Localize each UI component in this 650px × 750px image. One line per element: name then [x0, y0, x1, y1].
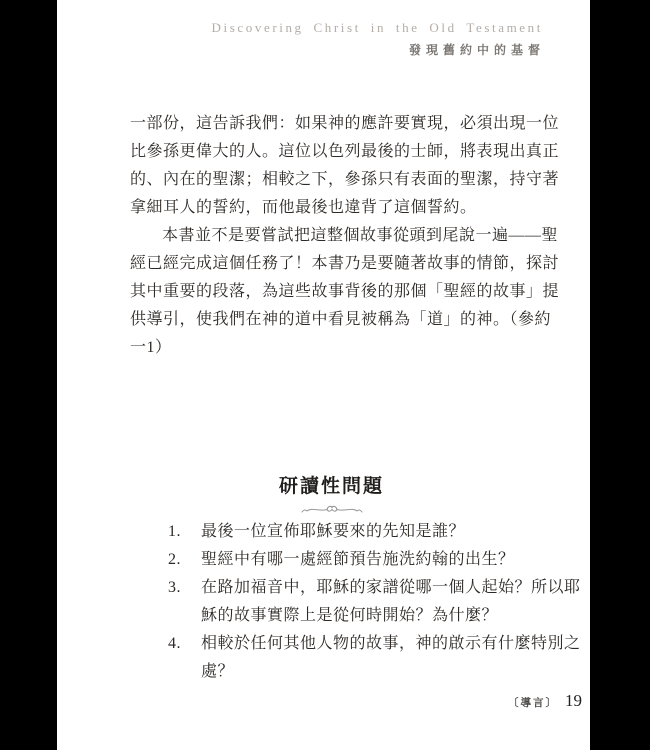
question-number — [168, 658, 201, 686]
book-page: Discovering Christ in the Old Testament … — [57, 0, 590, 750]
body-line: 經已經完成這個任務了！本書乃是要隨著故事的情節，探討 — [130, 250, 582, 278]
body-line: 供導引，使我們在神的道中看見被稱為「道」的神。（參約 — [130, 306, 582, 334]
running-head-english: Discovering Christ in the Old Testament — [57, 20, 543, 36]
question-text: 最後一位宣佈耶穌要來的先知是誰？ — [201, 518, 465, 546]
body-line: 其中重要的段落，為這些故事背後的那個「聖經的故事」提 — [130, 278, 582, 306]
page-footer: 〔導言〕 19 — [508, 691, 582, 711]
question-number: 3. — [168, 574, 201, 602]
body-text-block: 一部份，這告訴我們：如果神的應許要實現，必須出現一位 比參孫更偉大的人。這位以色… — [130, 110, 582, 362]
question-number: 4. — [168, 630, 201, 658]
body-line: 一部份，這告訴我們：如果神的應許要實現，必須出現一位 — [130, 110, 582, 138]
photo-background: Discovering Christ in the Old Testament … — [0, 0, 650, 750]
study-questions-list: 1. 最後一位宣佈耶穌要來的先知是誰？ 2. 聖經中有哪一處經節預告施洗約翰的出… — [168, 518, 588, 686]
question-text: 處？ — [201, 658, 234, 686]
footer-page-number: 19 — [565, 691, 582, 711]
question-text: 相較於任何其他人物的故事，神的啟示有什麼特別之 — [201, 630, 581, 658]
question-number: 2. — [168, 546, 201, 574]
question-item-continuation: 處？ — [168, 658, 588, 686]
question-item: 1. 最後一位宣佈耶穌要來的先知是誰？ — [168, 518, 588, 546]
question-item-continuation: 穌的故事實際上是從何時開始？為什麼？ — [168, 602, 588, 630]
question-text: 穌的故事實際上是從何時開始？為什麼？ — [201, 602, 498, 630]
section-heading: 研讀性問題 — [65, 471, 598, 498]
body-line: 比參孫更偉大的人。這位以色列最後的士師，將表現出真正 — [130, 138, 582, 166]
question-item: 2. 聖經中有哪一處經節預告施洗約翰的出生？ — [168, 546, 588, 574]
footer-section-label: 〔導言〕 — [508, 695, 558, 710]
question-text: 聖經中有哪一處經節預告施洗約翰的出生？ — [201, 546, 515, 574]
body-line: 拿細耳人的誓約，而他最後也違背了這個誓約。 — [130, 194, 582, 222]
body-line-paragraph-start: 本書並不是要嘗試把這整個故事從頭到尾說一遍——聖 — [130, 222, 582, 250]
body-line: 的、內在的聖潔；相較之下，參孫只有表面的聖潔，持守著 — [130, 166, 582, 194]
question-text: 在路加福音中，耶穌的家譜從哪一個人起始？所以耶 — [201, 574, 581, 602]
question-number — [168, 602, 201, 630]
question-item: 4. 相較於任何其他人物的故事，神的啟示有什麼特別之 — [168, 630, 588, 658]
question-number: 1. — [168, 518, 201, 546]
body-line: 一1） — [130, 334, 582, 362]
question-item: 3. 在路加福音中，耶穌的家譜從哪一個人起始？所以耶 — [168, 574, 588, 602]
running-head-chinese: 發現舊約中的基督 — [57, 41, 545, 58]
